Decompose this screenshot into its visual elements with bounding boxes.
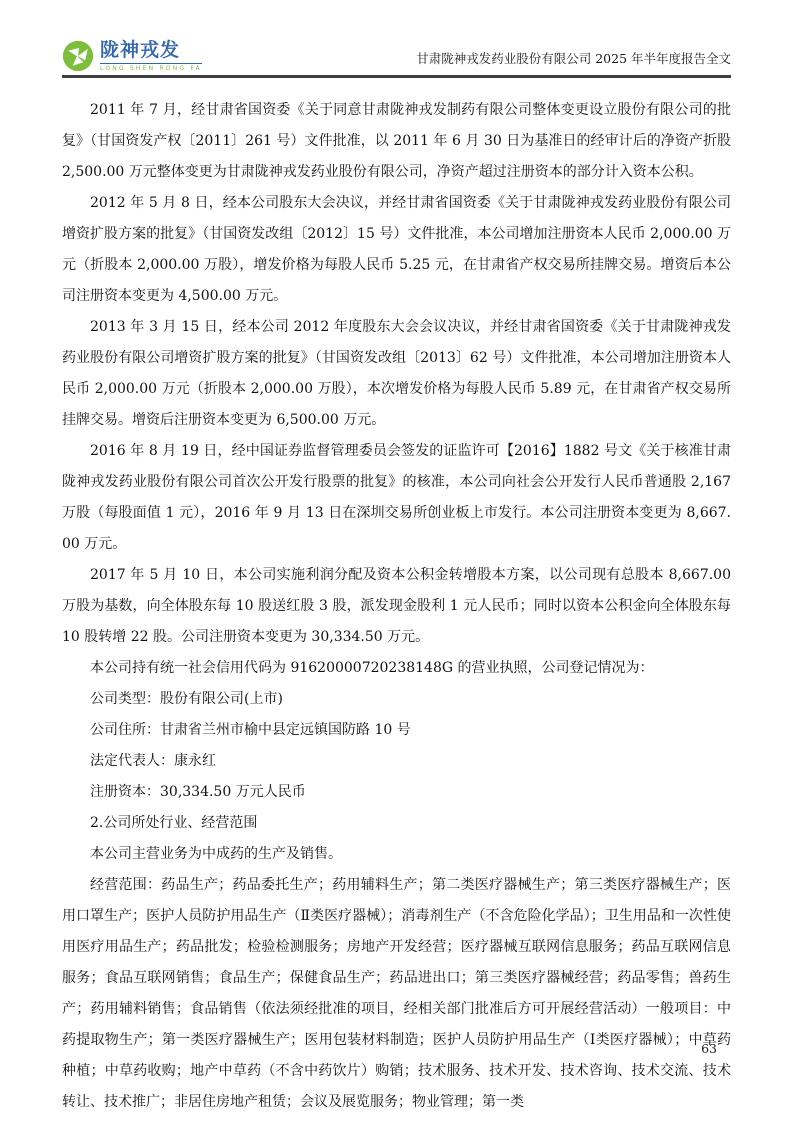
line-legal-representative: 法定代表人：康永红: [62, 746, 731, 777]
paragraph-capital-increase-2012: 2012 年 5 月 8 日，经本公司股东大会决议，并经甘肃省国资委《关于甘肃陇…: [62, 188, 731, 312]
brand-name-en: LONG SHEN RONG FA: [100, 63, 202, 72]
line-company-address: 公司住所：甘肃省兰州市榆中县定远镇国防路 10 号: [62, 715, 731, 746]
line-registered-capital: 注册资本：30,334.50 万元人民币: [62, 777, 731, 808]
paragraph-profit-distribution-2017: 2017 年 5 月 10 日，本公司实施利润分配及资本公积金转增股本方案，以公…: [62, 560, 731, 653]
paragraph-ipo-2016: 2016 年 8 月 19 日，经中国证券监督管理委员会签发的证监许可【2016…: [62, 436, 731, 560]
page-header: 陇神戎发 LONG SHEN RONG FA 甘肃陇神戎发药业股份有限公司 20…: [62, 40, 731, 78]
brand-name-cn: 陇神戎发: [100, 41, 202, 60]
company-logo: 陇神戎发 LONG SHEN RONG FA: [62, 40, 202, 72]
document-body: 2011 年 7 月，经甘肃省国资委《关于同意甘肃陇神戎发制药有限公司整体变更设…: [62, 95, 731, 1118]
paragraph-capital-change-2011: 2011 年 7 月，经甘肃省国资委《关于同意甘肃陇神戎发制药有限公司整体变更设…: [62, 95, 731, 188]
line-company-type: 公司类型：股份有限公司(上市): [62, 684, 731, 715]
report-page: 陇神戎发 LONG SHEN RONG FA 甘肃陇神戎发药业股份有限公司 20…: [0, 0, 793, 1122]
page-number: 63: [701, 1041, 717, 1056]
document-title: 甘肃陇神戎发药业股份有限公司 2025 年半年度报告全文: [416, 49, 731, 72]
paragraph-business-scope: 经营范围：药品生产；药品委托生产；药用辅料生产；第二类医疗器械生产；第三类医疗器…: [62, 870, 731, 1118]
header-divider: [62, 75, 731, 78]
line-main-business: 本公司主营业务为中成药的生产及销售。: [62, 839, 731, 870]
heading-industry-scope: 2.公司所处行业、经营范围: [62, 808, 731, 839]
pinwheel-logo-icon: [62, 40, 94, 72]
paragraph-capital-increase-2013: 2013 年 3 月 15 日，经本公司 2012 年度股东大会会议决议，并经甘…: [62, 312, 731, 436]
paragraph-business-license: 本公司持有统一社会信用代码为 91620000720238148G 的营业执照，…: [62, 653, 731, 684]
